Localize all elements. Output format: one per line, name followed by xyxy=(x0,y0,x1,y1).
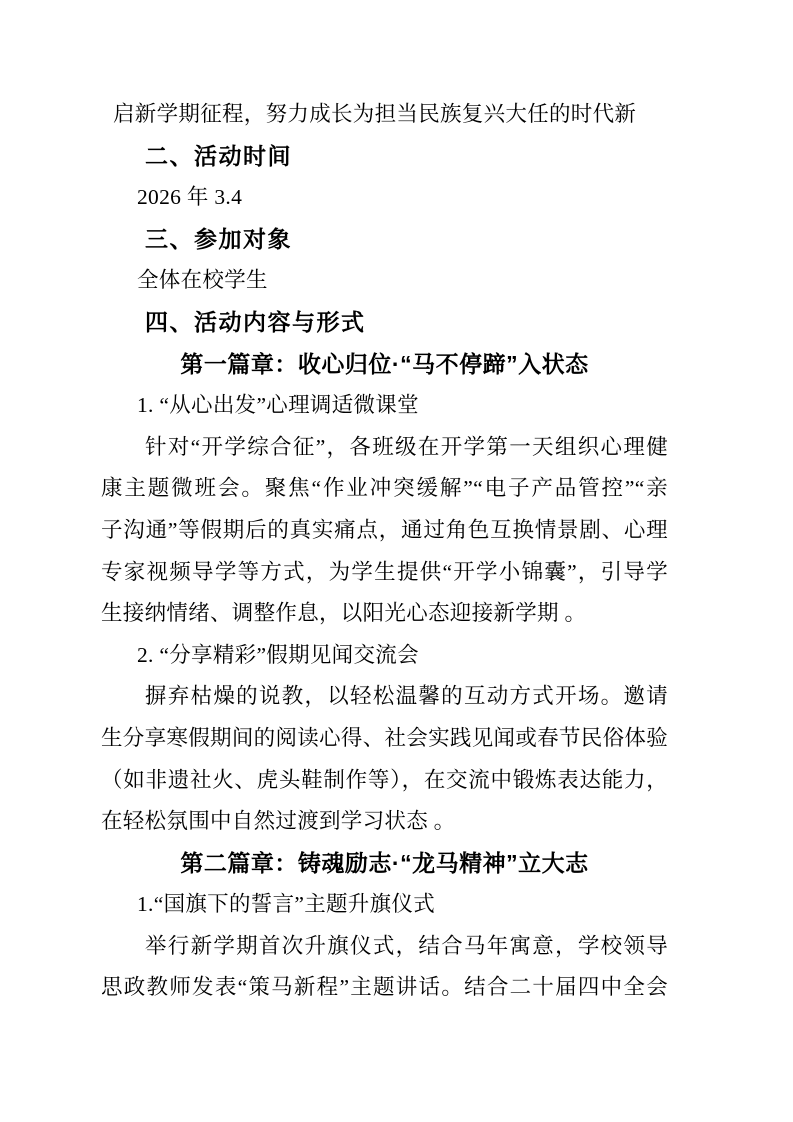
document-line: 针对“开学综合征”，各班级在开学第一天组织心理健 xyxy=(101,427,668,469)
document-line: 在轻松氛围中自然过渡到学习状态 。 xyxy=(101,801,668,843)
document-line: 第一篇章：收心归位·“马不停蹄”入状态 xyxy=(101,344,668,386)
document-line: 子沟通”等假期后的真实痛点，通过角色互换情景剧、心理 xyxy=(101,510,668,552)
document-body: 启新学期征程，努力成长为担当民族复兴大任的时代新人。二、活动时间2026 年 3… xyxy=(101,94,668,1009)
document-line: 生接纳情绪、调整作息，以阳光心态迎接新学期 。 xyxy=(101,593,668,635)
document-line: （如非遗社火、虎头鞋制作等），在交流中锻炼表达能力， xyxy=(101,760,668,802)
document-line: 2. “分享精彩”假期见闻交流会 xyxy=(101,635,668,677)
document-line: 摒弃枯燥的说教，以轻松温馨的互动方式开场。邀请学 xyxy=(101,676,668,718)
document-line: 第二篇章：铸魂励志·“龙马精神”立大志 xyxy=(101,843,668,885)
document-line: 三、参加对象 xyxy=(101,219,668,261)
document-line: 1.“国旗下的誓言”主题升旗仪式 xyxy=(101,884,668,926)
document-line: 生分享寒假期间的阅读心得、社会实践见闻或春节民俗体验 xyxy=(101,718,668,760)
document-line: 四、活动内容与形式 xyxy=(101,302,668,344)
document-line: 举行新学期首次升旗仪式，结合马年寓意，学校领导或 xyxy=(101,926,668,968)
document-line: 2026 年 3.4 xyxy=(101,177,668,219)
document-line: 启新学期征程，努力成长为担当民族复兴大任的时代新人。 xyxy=(101,94,668,136)
document-line: 全体在校学生 xyxy=(101,260,668,302)
document-line: 专家视频导学等方式，为学生提供“开学小锦囊”，引导学 xyxy=(101,552,668,594)
document-line: 思政教师发表“策马新程”主题讲话。结合二十届四中全会 xyxy=(101,967,668,1009)
document-line: 康主题微班会。聚焦“作业冲突缓解”“电子产品管控”“亲 xyxy=(101,468,668,510)
document-line: 二、活动时间 xyxy=(101,136,668,178)
document-page: 启新学期征程，努力成长为担当民族复兴大任的时代新人。二、活动时间2026 年 3… xyxy=(0,0,793,1122)
document-line: 1. “从心出发”心理调适微课堂 xyxy=(101,385,668,427)
